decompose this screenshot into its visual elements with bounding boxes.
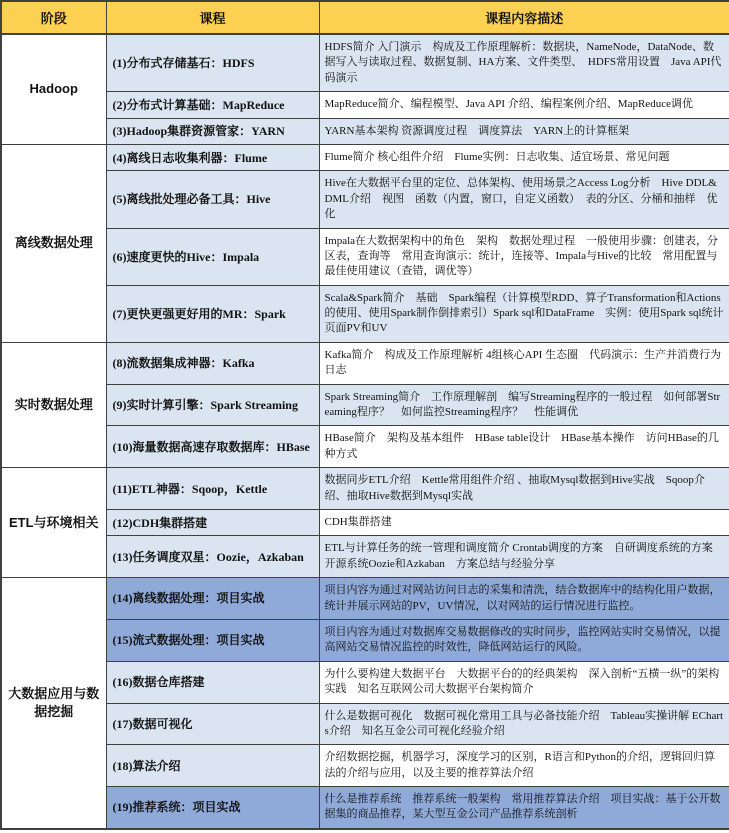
table-row: ETL与环境相关(11)ETL神器：Sqoop，Kettle数据同步ETL介绍 … <box>1 468 729 510</box>
header-row: 阶段 课程 课程内容描述 <box>1 1 729 34</box>
course-description-cell: CDH集群搭建 <box>319 509 729 535</box>
table-header: 阶段 课程 课程内容描述 <box>1 1 729 34</box>
course-description-cell: 数据同步ETL介绍 Kettle常用组件介绍 、抽取Mysql数据到Hive实战… <box>319 468 729 510</box>
course-cell: (12)CDH集群搭建 <box>106 509 319 535</box>
course-description-cell: YARN基本架构 资源调度过程 调度算法 YARN上的计算框架 <box>319 118 729 144</box>
course-description-cell: 什么是数据可视化 数据可视化常用工具与必备技能介绍 Tableau实操讲解 EC… <box>319 703 729 745</box>
course-cell: (2)分布式计算基础：MapReduce <box>106 92 319 118</box>
course-cell: (8)流数据集成神器：Kafka <box>106 342 319 384</box>
table-row: (3)Hadoop集群资源管家：YARNYARN基本架构 资源调度过程 调度算法… <box>1 118 729 144</box>
curriculum-page: 阶段 课程 课程内容描述 Hadoop(1)分布式存储基石：HDFSHDFS简介… <box>0 0 729 830</box>
course-description-cell: 项目内容为通过对网站访问日志的采集和清洗，结合数据库中的结构化用户数据，统计并展… <box>319 578 729 620</box>
course-cell: (6)速度更快的Hive：Impala <box>106 228 319 285</box>
course-description-cell: Spark Streaming简介 工作原理解剖 编写Streaming程序的一… <box>319 384 729 426</box>
table-row: 大数据应用与数据挖掘(14)离线数据处理：项目实战项目内容为通过对网站访问日志的… <box>1 578 729 620</box>
table-row: 实时数据处理(8)流数据集成神器：KafkaKafka简介 构成及工作原理解析 … <box>1 342 729 384</box>
stage-cell: Hadoop <box>1 34 106 144</box>
table-row: (2)分布式计算基础：MapReduceMapReduce简介、编程模型、Jav… <box>1 92 729 118</box>
table-row: (13)任务调度双星：Oozie，AzkabanETL与计算任务的统一管理和调度… <box>1 536 729 578</box>
course-cell: (18)算法介绍 <box>106 745 319 787</box>
table-row: (5)离线批处理必备工具：HiveHive在大数据平台里的定位、总体架构、使用场… <box>1 171 729 228</box>
stage-cell: 实时数据处理 <box>1 342 106 467</box>
stage-cell: ETL与环境相关 <box>1 468 106 578</box>
header-cell-course: 课程 <box>106 1 319 34</box>
stage-cell: 大数据应用与数据挖掘 <box>1 578 106 829</box>
table-row: (12)CDH集群搭建CDH集群搭建 <box>1 509 729 535</box>
course-cell: (13)任务调度双星：Oozie，Azkaban <box>106 536 319 578</box>
course-cell: (5)离线批处理必备工具：Hive <box>106 171 319 228</box>
course-description-cell: HBase简介 架构及基本组件 HBase table设计 HBase基本操作 … <box>319 426 729 468</box>
table-row: 离线数据处理(4)离线日志收集利器：FlumeFlume简介 核心组件介绍 Fl… <box>1 144 729 170</box>
course-description-cell: 介绍数据挖掘，机器学习，深度学习的区别，R语言和Python的介绍，逻辑回归算法… <box>319 745 729 787</box>
table-row: (9)实时计算引擎：Spark StreamingSpark Streaming… <box>1 384 729 426</box>
course-description-cell: HDFS简介 入门演示 构成及工作原理解析：数据块，NameNode，DataN… <box>319 34 729 92</box>
course-cell: (15)流式数据处理：项目实战 <box>106 619 319 661</box>
course-cell: (19)推荐系统：项目实战 <box>106 787 319 829</box>
course-cell: (9)实时计算引擎：Spark Streaming <box>106 384 319 426</box>
course-description-cell: 项目内容为通过对数据库交易数据修改的实时同步，监控网站实时交易情况，以提高网站交… <box>319 619 729 661</box>
course-cell: (1)分布式存储基石：HDFS <box>106 34 319 92</box>
table-row: (15)流式数据处理：项目实战项目内容为通过对数据库交易数据修改的实时同步，监控… <box>1 619 729 661</box>
table-row: (6)速度更快的Hive：ImpalaImpala在大数据架构中的角色 架构 数… <box>1 228 729 285</box>
curriculum-table: 阶段 课程 课程内容描述 Hadoop(1)分布式存储基石：HDFSHDFS简介… <box>0 0 729 830</box>
table-row: (10)海量数据高速存取数据库：HBaseHBase简介 架构及基本组件 HBa… <box>1 426 729 468</box>
course-cell: (10)海量数据高速存取数据库：HBase <box>106 426 319 468</box>
course-cell: (14)离线数据处理：项目实战 <box>106 578 319 620</box>
course-cell: (7)更快更强更好用的MR：Spark <box>106 285 319 342</box>
table-body: Hadoop(1)分布式存储基石：HDFSHDFS简介 入门演示 构成及工作原理… <box>1 34 729 829</box>
table-row: (19)推荐系统：项目实战什么是推荐系统 推荐系统一般架构 常用推荐算法介绍 项… <box>1 787 729 829</box>
course-cell: (17)数据可视化 <box>106 703 319 745</box>
table-row: Hadoop(1)分布式存储基石：HDFSHDFS简介 入门演示 构成及工作原理… <box>1 34 729 92</box>
table-row: (17)数据可视化什么是数据可视化 数据可视化常用工具与必备技能介绍 Table… <box>1 703 729 745</box>
table-row: (18)算法介绍介绍数据挖掘，机器学习，深度学习的区别，R语言和Python的介… <box>1 745 729 787</box>
course-description-cell: 什么是推荐系统 推荐系统一般架构 常用推荐算法介绍 项目实战：基于公开数据集的商… <box>319 787 729 829</box>
table-row: (7)更快更强更好用的MR：SparkScala&Spark简介 基础 Spar… <box>1 285 729 342</box>
header-cell-description: 课程内容描述 <box>319 1 729 34</box>
course-cell: (16)数据仓库搭建 <box>106 661 319 703</box>
course-description-cell: Scala&Spark简介 基础 Spark编程（计算模型RDD、算子Trans… <box>319 285 729 342</box>
course-description-cell: Kafka简介 构成及工作原理解析 4组核心API 生态圈 代码演示：生产并消费… <box>319 342 729 384</box>
course-description-cell: ETL与计算任务的统一管理和调度简介 Crontab调度的方案 自研调度系统的方… <box>319 536 729 578</box>
course-cell: (11)ETL神器：Sqoop，Kettle <box>106 468 319 510</box>
course-description-cell: Hive在大数据平台里的定位、总体架构、使用场景之Access Log分析 Hi… <box>319 171 729 228</box>
course-description-cell: Impala在大数据架构中的角色 架构 数据处理过程 一般使用步骤：创建表，分区… <box>319 228 729 285</box>
course-description-cell: Flume简介 核心组件介绍 Flume实例：日志收集、适宜场景、常见问题 <box>319 144 729 170</box>
table-row: (16)数据仓库搭建为什么要构建大数据平台 大数据平台的的经典架构 深入剖析“五… <box>1 661 729 703</box>
course-description-cell: MapReduce简介、编程模型、Java API 介绍、编程案例介绍、MapR… <box>319 92 729 118</box>
course-description-cell: 为什么要构建大数据平台 大数据平台的的经典架构 深入剖析“五横一纵”的架构实践 … <box>319 661 729 703</box>
course-cell: (4)离线日志收集利器：Flume <box>106 144 319 170</box>
course-cell: (3)Hadoop集群资源管家：YARN <box>106 118 319 144</box>
header-cell-stage: 阶段 <box>1 1 106 34</box>
stage-cell: 离线数据处理 <box>1 144 106 342</box>
